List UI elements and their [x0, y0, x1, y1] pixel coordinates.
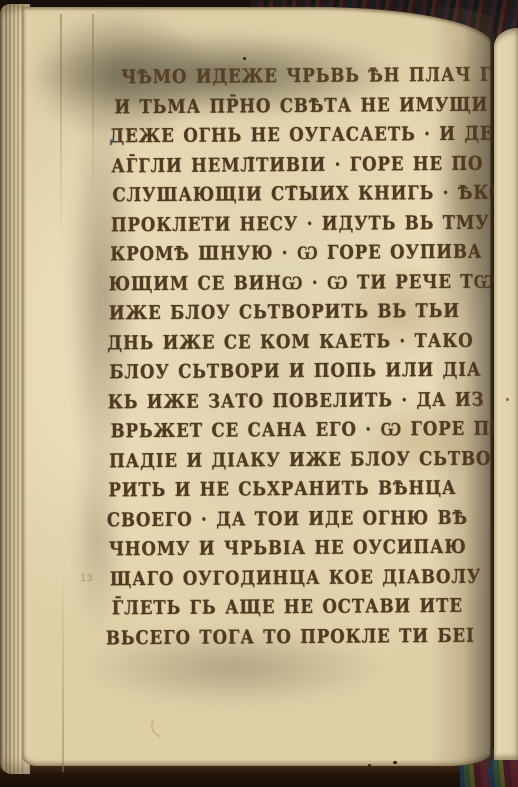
manuscript-page: ЧѢМО ИДЕЖЕ ЧРЬВЬ ѢН ПЛАЧ ГЛ̄НТ И ТЬМА ПР… [22, 7, 492, 766]
manuscript-line: КРОМѢ ШНУЮ · Ѡ ГОРЕ ОУПИВА [103, 238, 432, 270]
pencil-folio-mark: 13 [80, 573, 93, 584]
manuscript-line: ЮЩИМ СЕ ВИНѠ · Ѡ ТИ РЕЧЕ ТѠ̄М [103, 268, 432, 300]
next-leaf-edge [494, 28, 518, 760]
text-block: ЧѢМО ИДЕЖЕ ЧРЬВЬ ѢН ПЛАЧ ГЛ̄НТ И ТЬМА ПР… [102, 61, 484, 654]
manuscript-line: ПРОКЛЕТИ НЕСУ · ИДУТЬ ВЬ ТМУ [103, 209, 432, 241]
manuscript-line: СЛУШАЮЩІИ СТ̄ЫИХ КНИГЬ · ѢКО [103, 179, 432, 211]
blue-ink-speck [110, 139, 114, 143]
manuscript-line: И ТЬМА ПР̄НО СВѢТА НЕ ИМУЩИ · И [102, 91, 431, 123]
manuscript-line: ВЬСЕГО ТОГА ТО ПРОКЛЕ ТИ БЕІ [106, 622, 435, 654]
manuscript-line: ПАДІЕ И ДІАКУ ИЖЕ БЛОУ СЬТВО [105, 445, 434, 477]
ink-speck [243, 57, 246, 60]
manuscript-line: ВРЬЖЕТ СЕ САНА ЕГО · Ѡ ГОРЕ ПО [104, 415, 433, 447]
manuscript-line: ЩАГО ОУГОДИНЦА КОЕ ДІАВОЛУ [105, 563, 434, 595]
bottom-shadow-band [0, 763, 460, 787]
manuscript-line: РИТЬ И НЕ СЬХРАНИТЬ ВѢНЦА [105, 474, 434, 506]
ink-speck [393, 761, 397, 764]
ink-speck [368, 764, 371, 767]
manuscript-line: Г̄ЛЕТЬ ГЬ АЩЕ НЕ ОСТАВИ ИТЕ [106, 592, 435, 624]
manuscript-line: ДЕЖЕ ОГНЬ НЕ ОУГАСАЕТЬ · И ДЕЖЕ [102, 120, 431, 152]
manuscript-line: СВОЕГО · ДА ТОИ ИДЕ ОГНЮ ВѢ [105, 504, 434, 536]
manuscript-line: АГ̄ГЛИ НЕМЛ̄ТИВІИ · ГОРЕ НЕ ПО [103, 150, 432, 182]
manuscript-line: ДНЬ ИЖЕ СЕ КОМ КАЕТЬ · ТАКО [104, 327, 433, 359]
manuscript-line: КЬ ИЖЕ ЗАТО ПОВЕЛИТЬ · ДА ИЗ [104, 386, 433, 418]
red-speck [506, 398, 509, 401]
manuscript-line: ЧНОМУ И ЧРЬВІА НЕ ОУСИПАЮ [105, 533, 434, 565]
manuscript-line: ИЖЕ БЛОУ СЬТВОРИТЬ ВЬ ТЬИ [104, 297, 433, 329]
open-codex-photo: ЧѢМО ИДЕЖЕ ЧРЬВЬ ѢН ПЛАЧ ГЛ̄НТ И ТЬМА ПР… [0, 0, 518, 787]
manuscript-line: ЧѢМО ИДЕЖЕ ЧРЬВЬ ѢН ПЛАЧ ГЛ̄НТ [102, 61, 431, 93]
manuscript-line: БЛОУ СЬТВОРИ И ПОПЬ ИЛИ ДІА [104, 356, 433, 388]
